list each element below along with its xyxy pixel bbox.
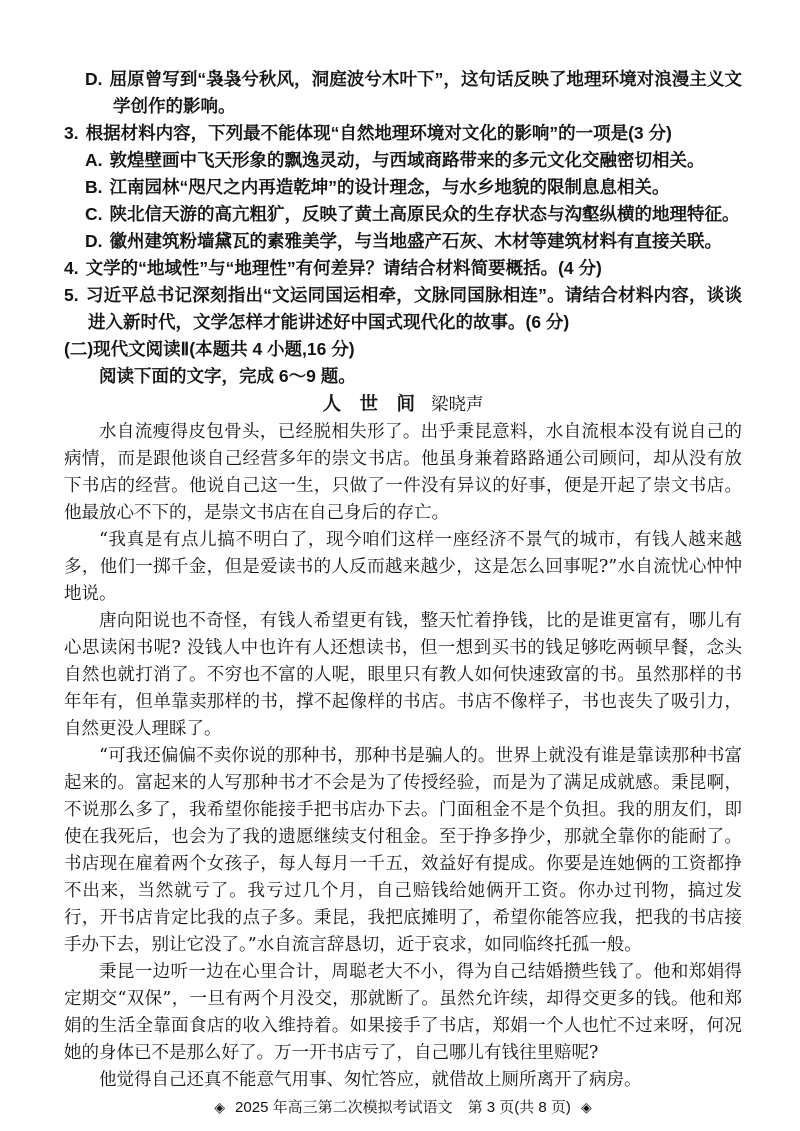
prev-question-option-d: D.屈原曾写到“袅袅兮秋风，洞庭波兮木叶下”，这句话反映了地理环境对浪漫主义文学…	[85, 66, 742, 120]
option-label: D.	[85, 69, 103, 89]
question-3-option-c: C.陕北信天游的高亢粗犷，反映了黄土高原民众的生存状态与沟壑纵横的地理特征。	[85, 201, 742, 228]
passage-paragraph-3: 唐向阳说也不奇怪，有钱人希望更有钱，整天忙着挣钱，比的是谁更富有，哪儿有心思读闲…	[64, 608, 742, 743]
question-3-option-a: A.敦煌壁画中飞天形象的飘逸灵动，与西域商路带来的多元文化交融密切相关。	[85, 147, 742, 174]
question-number: 3.	[64, 123, 79, 143]
passage-paragraph-4: “可我还偏偏不卖你说的那种书，那种书是骗人的。世界上就没有谁是靠读那种书富起来的…	[64, 743, 742, 959]
footer-text: 2025 年高三第二次模拟考试语文 第 3 页(共 8 页)	[235, 1099, 571, 1116]
footer-left-diamond-icon: ◈	[214, 1099, 225, 1115]
passage-paragraph-2: “我真是有点儿搞不明白了，现今咱们这样一座经济不景气的城市，有钱人越来越多，他们…	[64, 527, 742, 608]
option-label: C.	[85, 204, 103, 224]
question-3-option-b: B.江南园林“咫尺之内再造乾坤”的设计理念，与水乡地貌的限制息息相关。	[85, 174, 742, 201]
question-number: 4.	[64, 258, 79, 278]
option-label: B.	[85, 177, 103, 197]
question-3-option-d: D.徽州建筑粉墙黛瓦的素雅美学，与当地盛产石灰、木材等建筑材料有直接关联。	[85, 228, 742, 255]
passage-title-line: 人 世 间梁晓声	[64, 390, 742, 419]
question-text: 文学的“地域性”与“地理性”有何差异？请结合材料简要概括。(4 分)	[86, 258, 602, 278]
section-2-heading: (二)现代文阅读Ⅱ(本题共 4 小题,16 分)	[64, 336, 742, 363]
option-text: 陕北信天游的高亢粗犷，反映了黄土高原民众的生存状态与沟壑纵横的地理特征。	[110, 204, 740, 224]
reading-instruction: 阅读下面的文字，完成 6～9 题。	[64, 363, 742, 390]
exam-page: D.屈原曾写到“袅袅兮秋风，洞庭波兮木叶下”，这句话反映了地理环境对浪漫主义文学…	[0, 0, 800, 1131]
passage-paragraph-6: 他觉得自己还真不能意气用事、匆忙答应，就借故上厕所离开了病房。	[64, 1067, 742, 1094]
option-text: 江南园林“咫尺之内再造乾坤”的设计理念，与水乡地貌的限制息息相关。	[110, 177, 670, 197]
passage-paragraph-5: 秉昆一边听一边在心里合计，周聪老大不小，得为自己结婚攒些钱了。他和郑娟得定期交“…	[64, 959, 742, 1067]
passage-title: 人 世 间	[322, 393, 415, 414]
passage-author: 梁晓声	[431, 395, 484, 415]
question-text: 根据材料内容，下列最不能体现“自然地理环境对文化的影响”的一项是(3 分)	[86, 123, 672, 143]
option-text: 徽州建筑粉墙黛瓦的素雅美学，与当地盛产石灰、木材等建筑材料有直接关联。	[110, 231, 723, 251]
reading-passage: 人 世 间梁晓声 水自流瘦得皮包骨头，已经脱相失形了。出乎秉昆意料，水自流根本没…	[64, 390, 742, 1094]
option-label: A.	[85, 150, 103, 170]
question-4-stem: 4.文学的“地域性”与“地理性”有何差异？请结合材料简要概括。(4 分)	[64, 255, 742, 282]
footer-right-diamond-icon: ◈	[581, 1099, 592, 1115]
question-5-stem: 5.习近平总书记深刻指出“文运同国运相牵，文脉同国脉相连”。请结合材料内容，谈谈…	[64, 282, 742, 336]
option-text: 屈原曾写到“袅袅兮秋风，洞庭波兮木叶下”，这句话反映了地理环境对浪漫主义文学创作…	[110, 69, 743, 116]
question-zone: D.屈原曾写到“袅袅兮秋风，洞庭波兮木叶下”，这句话反映了地理环境对浪漫主义文学…	[64, 66, 742, 390]
page-footer: ◈2025 年高三第二次模拟考试语文 第 3 页(共 8 页)◈	[64, 1094, 742, 1121]
option-label: D.	[85, 231, 103, 251]
question-3-stem: 3.根据材料内容，下列最不能体现“自然地理环境对文化的影响”的一项是(3 分)	[64, 120, 742, 147]
question-number: 5.	[64, 285, 79, 305]
passage-paragraph-1: 水自流瘦得皮包骨头，已经脱相失形了。出乎秉昆意料，水自流根本没有说自己的病情，而…	[64, 419, 742, 527]
option-text: 敦煌壁画中飞天形象的飘逸灵动，与西域商路带来的多元文化交融密切相关。	[110, 150, 705, 170]
question-text: 习近平总书记深刻指出“文运同国运相牵，文脉同国脉相连”。请结合材料内容，谈谈进入…	[86, 285, 742, 332]
